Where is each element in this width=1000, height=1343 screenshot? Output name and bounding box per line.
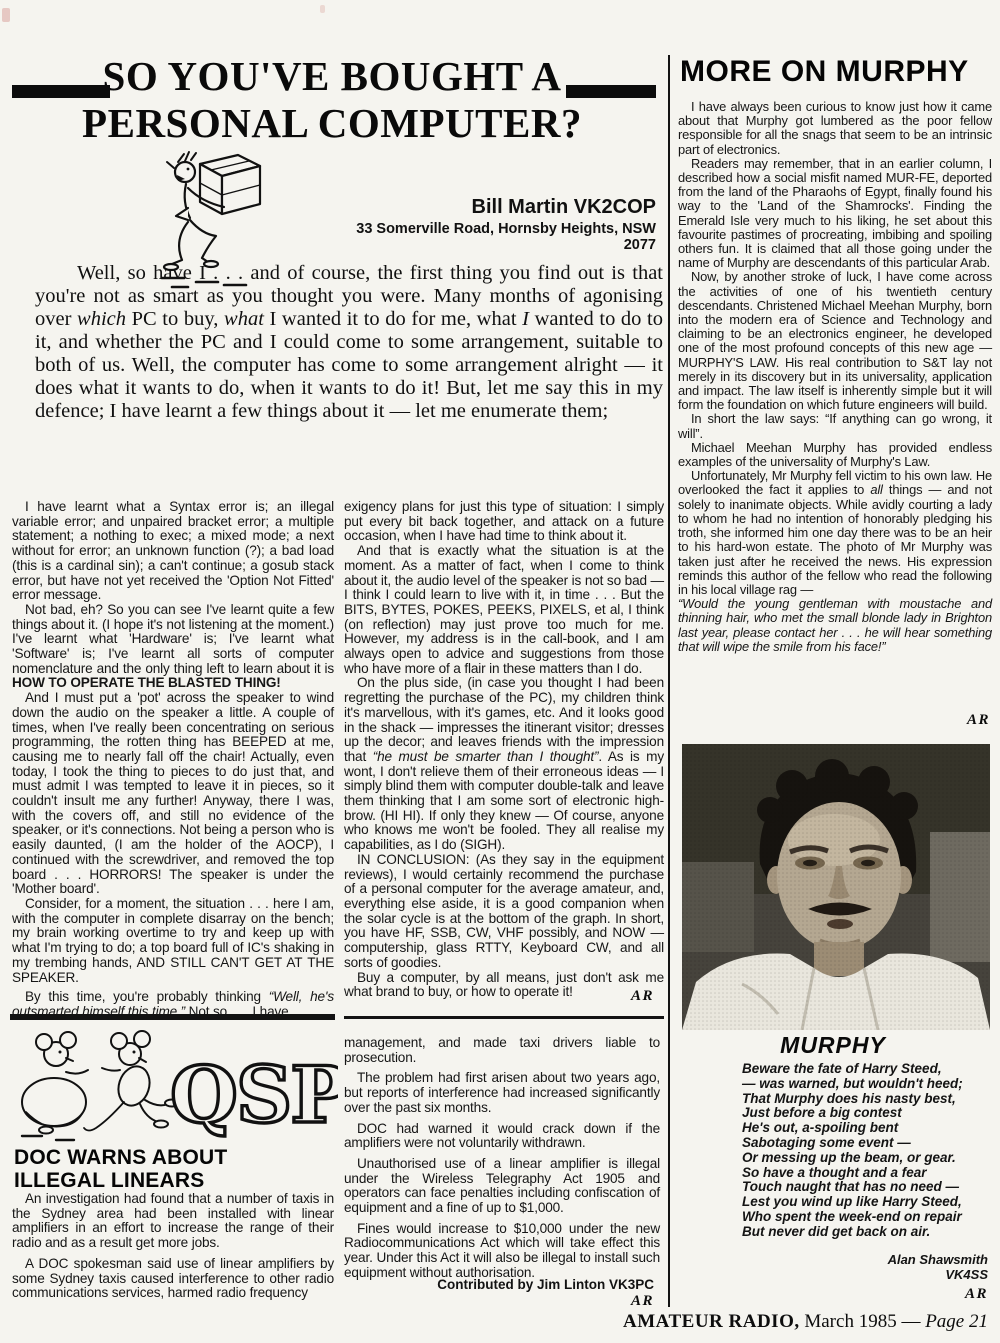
qsp-dancing-mice-illustration: QSP: [12, 1028, 338, 1146]
scan-artifact: [320, 5, 325, 13]
doc-column-2: management, and made taxi drivers liable…: [344, 1036, 660, 1281]
ar-signoff: AR: [344, 1293, 654, 1310]
article-paragraph: Consider, for a moment, the situation . …: [12, 897, 334, 985]
article-column-2: exigency plans for just this type of sit…: [344, 500, 664, 1000]
title-rule-right: [566, 85, 656, 98]
poem-line: He's out, a-spoiling bent: [742, 1121, 982, 1136]
magazine-page: SO YOU'VE BOUGHT A PERSONAL COMPUTER?: [0, 0, 1000, 1343]
doc-credit: Contributed by Jim Linton VK3PC: [344, 1277, 654, 1292]
article-paragraph: I have always been curious to know just …: [678, 100, 992, 157]
author-address: 33 Somerville Road, Hornsby Heights, NSW…: [330, 221, 656, 253]
author-byline: Bill Martin VK2COP: [330, 196, 656, 219]
article-paragraph: IN CONCLUSION: (As they say in the equip…: [344, 853, 664, 971]
murphy-poem: Beware the fate of Harry Steed, — was wa…: [742, 1062, 982, 1240]
poem-line: Just before a big contest: [742, 1106, 982, 1121]
poem-line: That Murphy does his nasty best,: [742, 1092, 982, 1107]
article-paragraph: In short the law says: “If anything can …: [678, 412, 992, 440]
qsp-logo-text: QSP: [170, 1050, 338, 1141]
article-paragraph: Unfortunately, Mr Murphy fell victim to …: [678, 469, 992, 597]
article-paragraph: DOC had warned it would crack down if th…: [344, 1122, 660, 1151]
article-column-1: I have learnt what a Syntax error is; an…: [12, 500, 334, 1020]
article-paragraph: Fines would increase to $10,000 under th…: [344, 1222, 660, 1281]
article-paragraph: On the plus side, (in case you thought I…: [344, 676, 664, 852]
article-paragraph: Readers may remember, that in an earlier…: [678, 157, 992, 271]
poem-line: Or messing up the beam, or gear.: [742, 1151, 982, 1166]
poem-line: Beware the fate of Harry Steed,: [742, 1062, 982, 1077]
magazine-title: AMATEUR RADIO,: [623, 1311, 800, 1332]
article-paragraph: Unauthorised use of a linear amplifier i…: [344, 1157, 660, 1216]
article-paragraph: Now, by another stroke of luck, I have c…: [678, 270, 992, 412]
footer-dash: —: [901, 1311, 920, 1332]
article-paragraph: Michael Meehan Murphy has provided endle…: [678, 441, 992, 469]
scan-artifact: [2, 8, 10, 22]
murphy-portrait-photo: [682, 744, 990, 1030]
title-rule-left: [12, 85, 110, 98]
doc-article-heading: DOC WARNS ABOUT ILLEGAL LINEARS: [14, 1146, 314, 1192]
classified-ad-quote: “Would the young gentleman with moustach…: [678, 597, 992, 654]
page-footer: AMATEUR RADIO, March 1985 — Page 21: [623, 1311, 988, 1333]
section-divider: [344, 1016, 664, 1019]
issue-date: March 1985: [804, 1311, 896, 1332]
poem-line: Lest you wind up like Harry Steed,: [742, 1195, 982, 1210]
poem-line: Touch naught that has no need —: [742, 1180, 982, 1195]
ar-signoff: AR: [680, 712, 990, 729]
poem-line: So have a thought and a fear: [742, 1166, 982, 1181]
doc-column-1: An investigation had found that a number…: [12, 1192, 334, 1301]
article-title-line-2: PERSONAL COMPUTER?: [0, 99, 664, 147]
poem-line: Sabotaging some event —: [742, 1136, 982, 1151]
poem-line: — was warned, but wouldn't heed;: [742, 1077, 982, 1092]
poem-callsign: VK4SS: [742, 1267, 988, 1282]
murphy-article-column: I have always been curious to know just …: [678, 100, 992, 654]
intro-paragraph: Well, so have I . . . and of course, the…: [35, 262, 663, 423]
article-paragraph: An investigation had found that a number…: [12, 1192, 334, 1251]
photo-caption: MURPHY: [676, 1032, 990, 1059]
murphy-article-heading: MORE ON MURPHY: [680, 55, 969, 89]
article-paragraph: management, and made taxi drivers liable…: [344, 1036, 660, 1065]
article-paragraph: Not bad, eh? So you can see I've learnt …: [12, 603, 334, 691]
article-paragraph: I have learnt what a Syntax error is; an…: [12, 500, 334, 603]
ar-signoff: AR: [344, 988, 654, 1005]
article-paragraph: And that is exactly what the situation i…: [344, 544, 664, 676]
poem-author: Alan Shawsmith: [742, 1252, 988, 1267]
poem-line: But never did get back on air.: [742, 1225, 982, 1240]
poem-line: Who spent the week-end on repair: [742, 1210, 982, 1225]
poem-author-block: Alan Shawsmith VK4SS: [742, 1252, 988, 1282]
article-paragraph: The problem had first arisen about two y…: [344, 1071, 660, 1115]
article-paragraph: exigency plans for just this type of sit…: [344, 500, 664, 544]
section-divider: [10, 1014, 335, 1020]
article-paragraph: And I must put a 'pot' across the speake…: [12, 691, 334, 897]
page-number: Page 21: [925, 1311, 988, 1332]
ar-signoff: AR: [680, 1286, 988, 1303]
article-paragraph: A DOC spokesman said use of linear ampli…: [12, 1257, 334, 1301]
column-divider: [668, 55, 670, 1307]
